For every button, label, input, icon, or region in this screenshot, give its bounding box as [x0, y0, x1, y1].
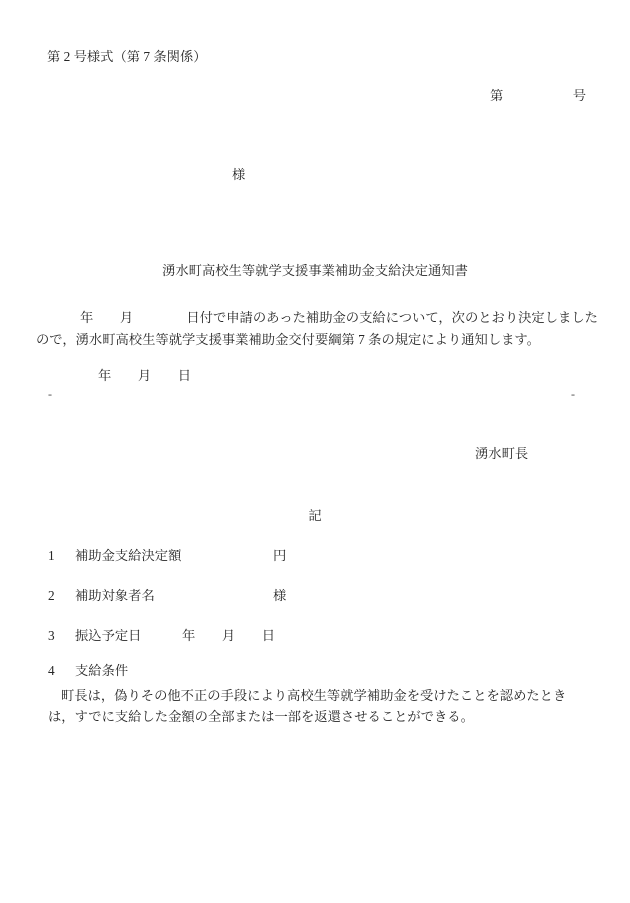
issue-date-line: 年 月 日: [98, 369, 191, 382]
list-item-conditions: 4 支給条件: [0, 664, 630, 679]
body-paragraph-line1: 年 月 日付で申請のあった補助金の支給について，次のとおり決定しました: [80, 311, 598, 324]
document-page: 第 2 号様式（第 7 条関係） 第 号 様 湧水町高校生等就学支援事業補助金支…: [0, 0, 630, 903]
item-label: 補助金支給決定額: [75, 549, 181, 562]
item-number: 4: [48, 664, 55, 677]
item-unit: 円: [273, 549, 286, 562]
document-number-prefix: 第: [490, 89, 503, 102]
item-honorific: 様: [273, 589, 286, 602]
item-label: 振込予定日: [75, 629, 141, 642]
left-margin-mark: -: [48, 388, 52, 400]
item-label: 支給条件: [75, 664, 128, 677]
item-date-blanks: 年 月 日: [182, 629, 275, 642]
document-number-line: 第 号: [490, 89, 586, 102]
list-marker-ki: 記: [0, 509, 630, 522]
item-number: 2: [48, 589, 55, 602]
conditions-text-line2: は，すでに支給した金額の全部または一部を返還させることができる。: [48, 710, 474, 723]
item-number: 3: [48, 629, 55, 642]
list-item-grant-amount: 1 補助金支給決定額 円: [0, 549, 630, 564]
signer-title: 湧水町長: [475, 447, 528, 460]
addressee-honorific: 様: [232, 168, 245, 181]
conditions-text-line1: 町長は，偽りその他不正の手段により高校生等就学補助金を受けたことを認めたとき: [61, 689, 566, 702]
form-number-label: 第 2 号様式（第 7 条関係）: [47, 50, 207, 63]
list-item-recipient-name: 2 補助対象者名 様: [0, 589, 630, 604]
list-item-transfer-date: 3 振込予定日 年 月 日: [0, 629, 630, 644]
document-number-suffix: 号: [573, 89, 586, 102]
document-title: 湧水町高校生等就学支援事業補助金支給決定通知書: [0, 264, 630, 277]
item-number: 1: [48, 549, 55, 562]
body-paragraph-line2: ので，湧水町高校生等就学支援事業補助金交付要綱第 7 条の規定により通知します。: [36, 333, 540, 346]
item-label: 補助対象者名: [75, 589, 155, 602]
right-margin-mark: -: [571, 388, 575, 400]
